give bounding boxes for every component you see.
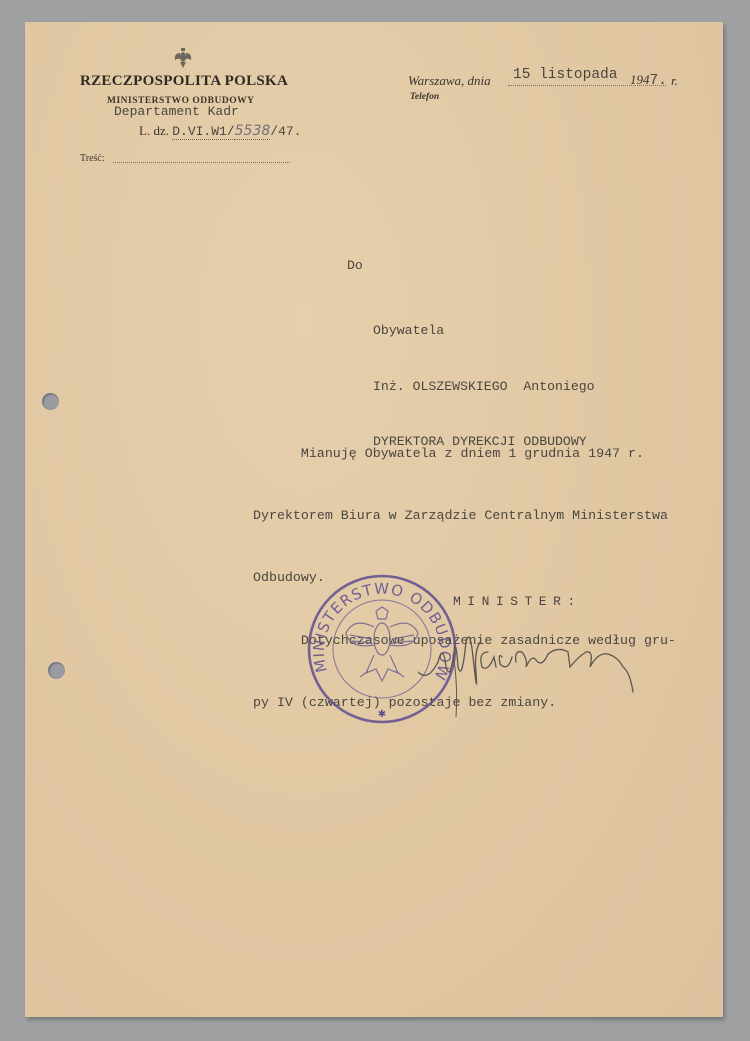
date-typed: 15 listopada — [513, 67, 617, 83]
year-prefix: 194 — [630, 72, 650, 87]
punch-hole — [42, 393, 59, 410]
recipient-to: Do — [347, 256, 363, 277]
recipient-line: Obywatela — [373, 322, 595, 341]
reference-suffix: /47. — [270, 124, 301, 139]
reference-prefix: D.VI.W1/ — [172, 124, 234, 140]
letterhead-country: RZECZPOSPOLITA POLSKA — [80, 73, 288, 90]
year-digit: 7. — [650, 73, 667, 89]
phone-label: Telefon — [410, 92, 439, 102]
reference-handwritten-number: 5538 — [235, 123, 271, 140]
svg-text:✱: ✱ — [378, 709, 386, 720]
recipient-line: Inż. OLSZEWSKIEGO Antoniego — [373, 378, 595, 397]
eagle-emblem-icon — [174, 48, 192, 68]
subject-label: Treść: — [80, 153, 105, 164]
body-line: Mianuję Obywatela z dniem 1 grudnia 1947… — [253, 444, 676, 465]
letterhead-department: Departament Kadr — [114, 104, 239, 119]
year-suffix: r. — [671, 73, 678, 89]
handwritten-signature-icon — [418, 612, 643, 727]
reference-number: L. dz. D.VI.W1/5538/47. — [139, 123, 302, 139]
year: 1947. — [630, 72, 667, 89]
subject-line — [113, 162, 290, 163]
body-line: Dyrektorem Biura w Zarządzie Centralnym … — [253, 506, 676, 527]
punch-hole — [48, 662, 65, 679]
city-label: Warszawa, dnia — [408, 73, 491, 89]
reference-label: L. dz. — [139, 123, 169, 138]
signature-title: MINISTER: — [453, 594, 582, 609]
